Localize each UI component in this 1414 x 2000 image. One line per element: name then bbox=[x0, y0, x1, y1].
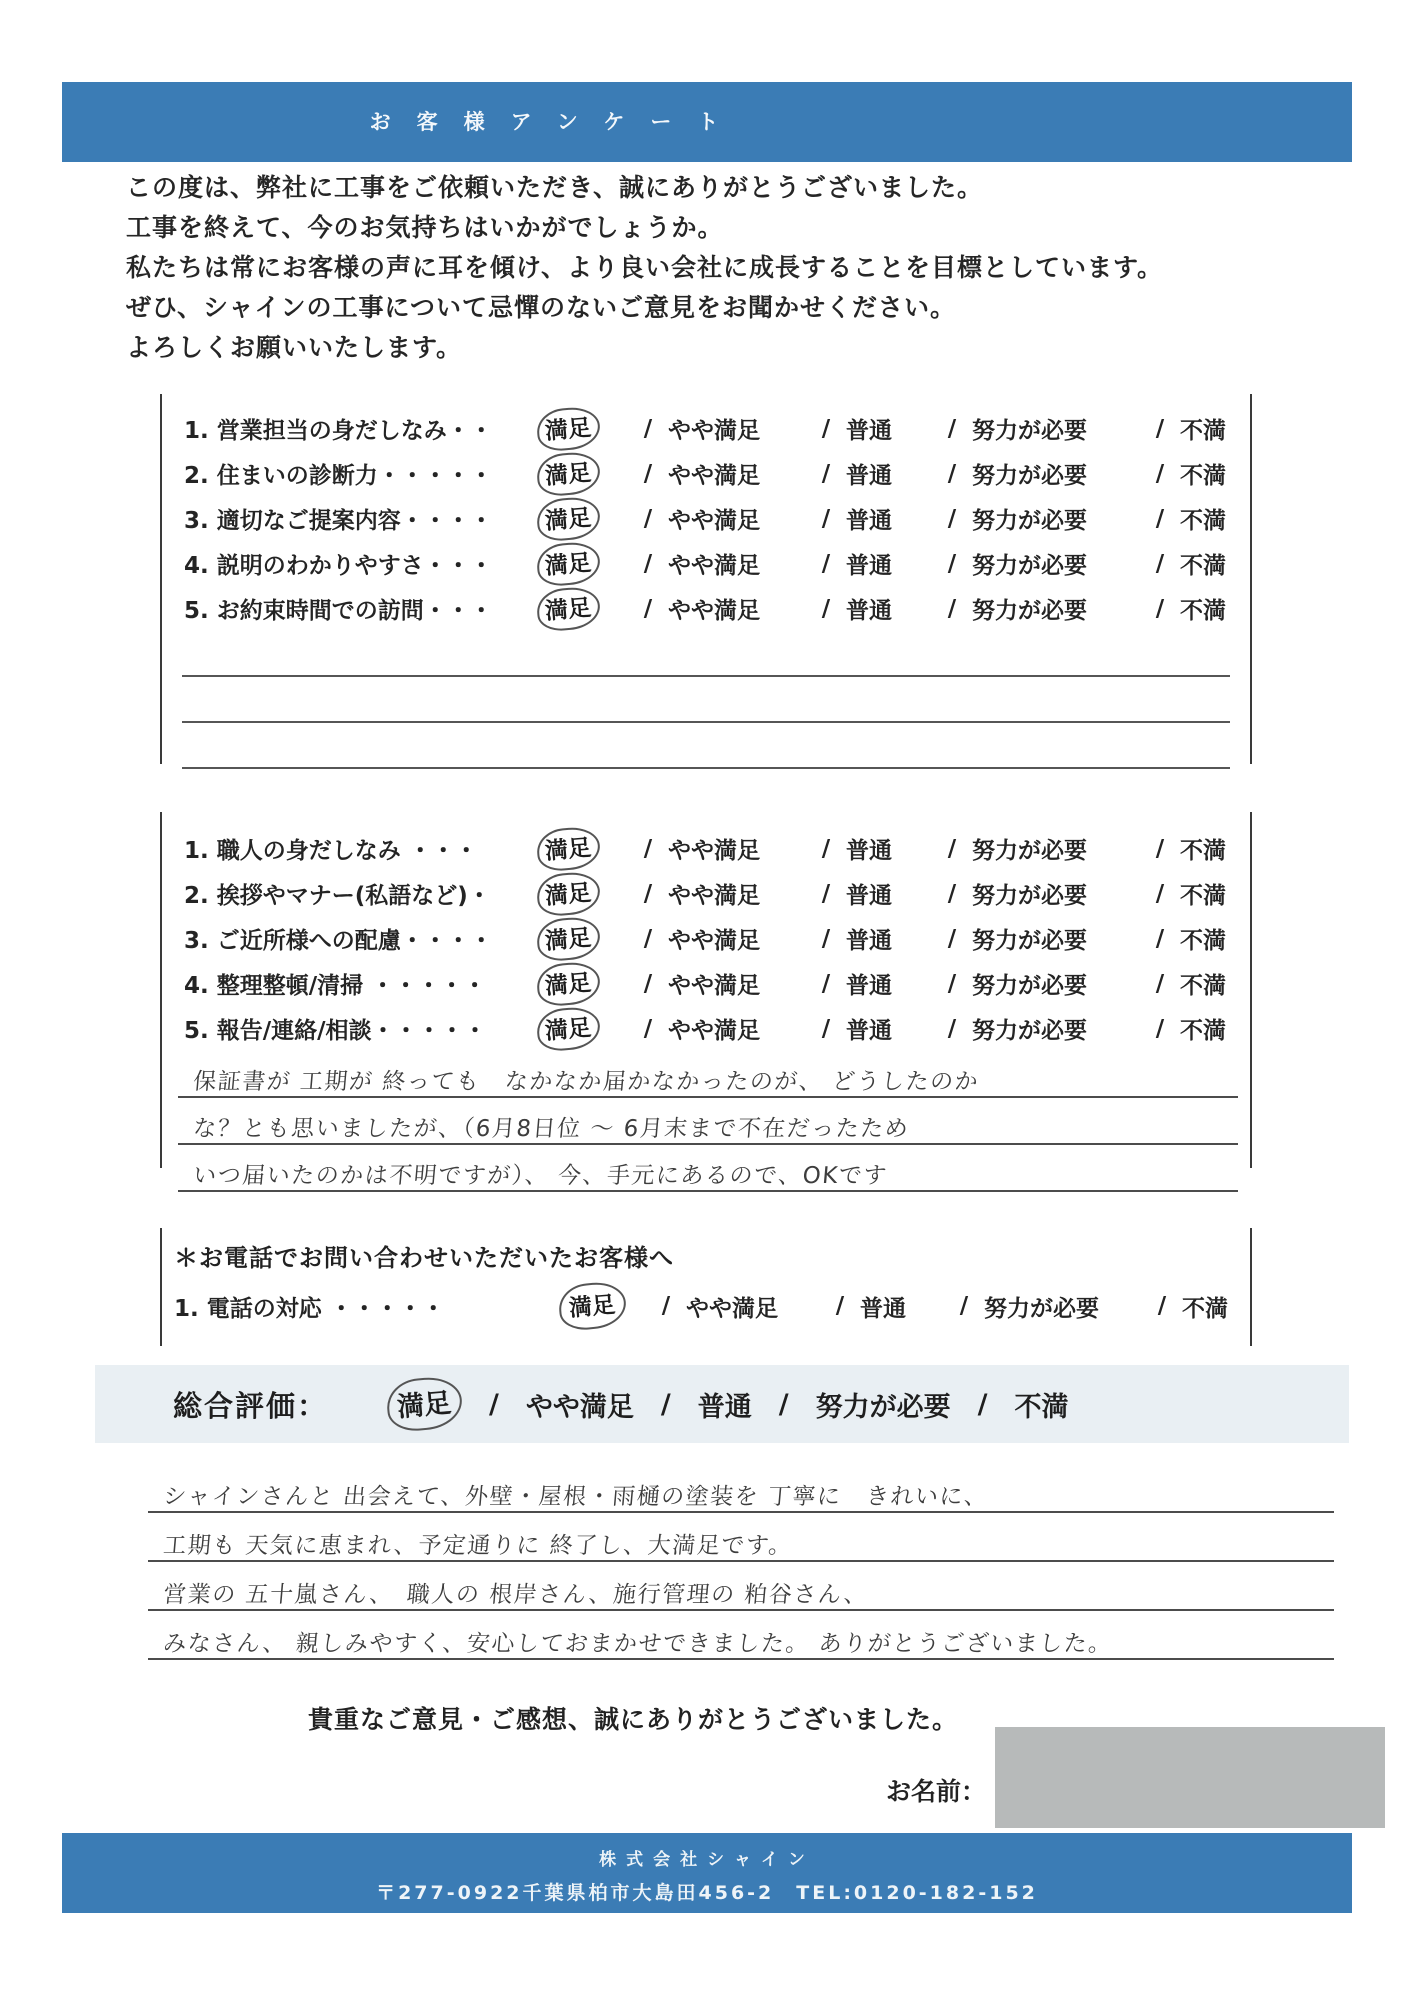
option-separator: / bbox=[932, 461, 972, 487]
option-satisfied: 満足 bbox=[566, 1283, 646, 1329]
option-dissatisfied: 不満 bbox=[1180, 877, 1242, 910]
comment-line-blank bbox=[182, 631, 1230, 677]
option-separator: / bbox=[628, 551, 668, 577]
question-row: 1. 電話の対応 ・・・・・ 満足 / やや満足 / 普通 / 努力が必要 / … bbox=[174, 1281, 1250, 1331]
option-effort-needed: 努力が必要 bbox=[972, 412, 1140, 445]
handwritten-comment-line: な？とも思いましたが、（6月8日位 〜 6月末まで不在だったため bbox=[178, 1098, 1238, 1145]
satisfaction-circle: 満足 bbox=[535, 585, 601, 632]
option-separator: / bbox=[806, 551, 846, 577]
option-effort-needed: 努力が必要 bbox=[984, 1290, 1142, 1323]
option-satisfied: 満足 bbox=[544, 453, 628, 495]
option-normal: 普通 bbox=[846, 967, 932, 1000]
name-label: お名前： bbox=[886, 1772, 986, 1808]
question-row: 2. 挨拶やマナー(私語など)・ 満足 / やや満足 / 普通 / 努力が必要 … bbox=[184, 871, 1250, 916]
option-separator: / bbox=[628, 461, 668, 487]
option-effort-needed: 努力が必要 bbox=[972, 1012, 1140, 1045]
satisfaction-circle: 満足 bbox=[535, 405, 601, 452]
option-slightly-satisfied: やや満足 bbox=[668, 412, 806, 445]
satisfaction-circle: 満足 bbox=[535, 915, 601, 962]
intro-text: この度は、弊社に工事をご依頼いただき、誠にありがとうございました。 工事を終えて… bbox=[126, 168, 1163, 368]
overall-comment-line: みなさん、 親しみやすく、安心しておまかせできました。 ありがとうございました。 bbox=[148, 1611, 1334, 1660]
option-effort-needed: 努力が必要 bbox=[816, 1385, 951, 1424]
option-slightly-satisfied: やや満足 bbox=[668, 592, 806, 625]
handwritten-comment-line: いつ届いたのかは不明ですが）、 今、手元にあるので、OKです bbox=[178, 1145, 1238, 1192]
option-effort-needed: 努力が必要 bbox=[972, 457, 1140, 490]
option-effort-needed: 努力が必要 bbox=[972, 547, 1140, 580]
option-separator: / bbox=[932, 881, 972, 907]
option-separator: / bbox=[932, 836, 972, 862]
footer-address: 〒277-0922千葉県柏市大島田456-2 TEL:0120-182-152 bbox=[62, 1878, 1352, 1905]
question-row: 3. ご近所様への配慮・・・・ 満足 / やや満足 / 普通 / 努力が必要 /… bbox=[184, 916, 1250, 961]
option-normal: 普通 bbox=[846, 592, 932, 625]
question-label: 1. 電話の対応 ・・・・・ bbox=[174, 1290, 566, 1323]
option-separator: / bbox=[1140, 881, 1180, 907]
question-row: 5. 報告/連絡/相談・・・・・ 満足 / やや満足 / 普通 / 努力が必要 … bbox=[184, 1006, 1250, 1051]
option-slightly-satisfied: やや満足 bbox=[668, 457, 806, 490]
rating-block-phone: ＊お電話でお問い合わせいただいたお客様へ 1. 電話の対応 ・・・・・ 満足 /… bbox=[160, 1228, 1252, 1346]
intro-line: この度は、弊社に工事をご依頼いただき、誠にありがとうございました。 bbox=[126, 168, 1163, 208]
option-separator: / bbox=[1140, 416, 1180, 442]
option-separator: / bbox=[1140, 971, 1180, 997]
option-separator: / bbox=[628, 926, 668, 952]
question-row: 2. 住まいの診断力・・・・・ 満足 / やや満足 / 普通 / 努力が必要 /… bbox=[184, 451, 1250, 496]
question-row: 1. 職人の身だしなみ ・・・ 満足 / やや満足 / 普通 / 努力が必要 /… bbox=[184, 826, 1250, 871]
satisfaction-circle: 満足 bbox=[535, 825, 601, 872]
option-dissatisfied: 不満 bbox=[1180, 547, 1242, 580]
option-normal: 普通 bbox=[846, 922, 932, 955]
question-row: 3. 適切なご提案内容・・・・ 満足 / やや満足 / 普通 / 努力が必要 /… bbox=[184, 496, 1250, 541]
option-separator: / bbox=[1140, 506, 1180, 532]
option-dissatisfied: 不満 bbox=[1180, 592, 1242, 625]
satisfaction-circle: 満足 bbox=[535, 1005, 601, 1052]
option-dissatisfied: 不満 bbox=[1015, 1385, 1069, 1424]
option-separator: / bbox=[1140, 551, 1180, 577]
option-effort-needed: 努力が必要 bbox=[972, 832, 1140, 865]
option-separator: / bbox=[806, 461, 846, 487]
option-separator: / bbox=[628, 971, 668, 997]
satisfaction-circle: 満足 bbox=[557, 1280, 628, 1332]
option-separator: / bbox=[820, 1293, 860, 1319]
option-separator: / bbox=[806, 506, 846, 532]
question-label: 2. 挨拶やマナー(私語など)・ bbox=[184, 877, 544, 910]
option-satisfied: 満足 bbox=[544, 543, 628, 585]
option-dissatisfied: 不満 bbox=[1180, 967, 1242, 1000]
option-slightly-satisfied: やや満足 bbox=[668, 547, 806, 580]
overall-comments: シャインさんと 出会えて、外壁・屋根・雨樋の塗装を 丁寧に きれいに、 工期も … bbox=[148, 1464, 1334, 1660]
footer-bar: 株式会社シャイン 〒277-0922千葉県柏市大島田456-2 TEL:0120… bbox=[62, 1833, 1352, 1913]
option-separator: / bbox=[1140, 1016, 1180, 1042]
option-slightly-satisfied: やや満足 bbox=[526, 1385, 634, 1424]
option-separator: / bbox=[1140, 596, 1180, 622]
option-dissatisfied: 不満 bbox=[1180, 412, 1242, 445]
option-normal: 普通 bbox=[860, 1290, 944, 1323]
intro-line: ぜひ、シャインの工事について忌憚のないご意見をお聞かせください。 bbox=[126, 288, 1163, 328]
option-satisfied: 満足 bbox=[544, 963, 628, 1005]
question-label: 1. 営業担当の身だしなみ・・ bbox=[184, 412, 544, 445]
option-separator: / bbox=[779, 1389, 789, 1420]
option-separator: / bbox=[628, 881, 668, 907]
option-separator: / bbox=[806, 836, 846, 862]
overall-rating-band: 総合評価： 満足 / やや満足 / 普通 / 努力が必要 / 不満 bbox=[95, 1365, 1349, 1443]
footer-company: 株式会社シャイン bbox=[62, 1845, 1352, 1870]
option-normal: 普通 bbox=[846, 547, 932, 580]
option-effort-needed: 努力が必要 bbox=[972, 877, 1140, 910]
question-row: 1. 営業担当の身だしなみ・・ 満足 / やや満足 / 普通 / 努力が必要 /… bbox=[184, 406, 1250, 451]
option-separator: / bbox=[661, 1389, 671, 1420]
comment-line-blank bbox=[182, 723, 1230, 769]
overall-rating-label: 総合評価： bbox=[173, 1384, 328, 1425]
option-separator: / bbox=[628, 596, 668, 622]
redacted-name-box bbox=[995, 1727, 1385, 1828]
option-separator: / bbox=[628, 836, 668, 862]
header-bar: お客様アンケート bbox=[62, 82, 1352, 162]
option-dissatisfied: 不満 bbox=[1180, 922, 1242, 955]
option-satisfied: 満足 bbox=[544, 1008, 628, 1050]
question-label: 2. 住まいの診断力・・・・・ bbox=[184, 457, 544, 490]
option-separator: / bbox=[1140, 926, 1180, 952]
intro-line: 工事を終えて、今のお気持ちはいかがでしょうか。 bbox=[126, 208, 1163, 248]
option-effort-needed: 努力が必要 bbox=[972, 592, 1140, 625]
option-separator: / bbox=[932, 1016, 972, 1042]
option-effort-needed: 努力が必要 bbox=[972, 502, 1140, 535]
option-satisfied: 満足 bbox=[544, 873, 628, 915]
option-satisfied: 満足 bbox=[394, 1378, 462, 1430]
question-label: 4. 整理整頓/清掃 ・・・・・ bbox=[184, 967, 544, 1000]
option-separator: / bbox=[489, 1389, 499, 1420]
question-row: 4. 説明のわかりやすさ・・・ 満足 / やや満足 / 普通 / 努力が必要 /… bbox=[184, 541, 1250, 586]
satisfaction-circle: 満足 bbox=[535, 540, 601, 587]
question-label: 5. 報告/連絡/相談・・・・・ bbox=[184, 1012, 544, 1045]
option-slightly-satisfied: やや満足 bbox=[668, 1012, 806, 1045]
option-normal: 普通 bbox=[846, 412, 932, 445]
question-row: 5. お約束時間での訪問・・・ 満足 / やや満足 / 普通 / 努力が必要 /… bbox=[184, 586, 1250, 631]
option-satisfied: 満足 bbox=[544, 828, 628, 870]
option-separator: / bbox=[932, 551, 972, 577]
satisfaction-circle: 満足 bbox=[535, 960, 601, 1007]
option-separator: / bbox=[628, 416, 668, 442]
option-dissatisfied: 不満 bbox=[1182, 1290, 1242, 1323]
overall-comment-line: シャインさんと 出会えて、外壁・屋根・雨樋の塗装を 丁寧に きれいに、 bbox=[148, 1464, 1334, 1513]
option-separator: / bbox=[806, 1016, 846, 1042]
option-effort-needed: 努力が必要 bbox=[972, 922, 1140, 955]
phone-inquiry-note: ＊お電話でお問い合わせいただいたお客様へ bbox=[174, 1238, 1250, 1273]
question-label: 3. ご近所様への配慮・・・・ bbox=[184, 922, 544, 955]
satisfaction-circle: 満足 bbox=[535, 450, 601, 497]
question-label: 3. 適切なご提案内容・・・・ bbox=[184, 502, 544, 535]
option-separator: / bbox=[628, 506, 668, 532]
option-separator: / bbox=[1140, 461, 1180, 487]
option-separator: / bbox=[932, 416, 972, 442]
intro-line: 私たちは常にお客様の声に耳を傾け、より良い会社に成長することを目標としています。 bbox=[126, 248, 1163, 288]
option-dissatisfied: 不満 bbox=[1180, 832, 1242, 865]
option-satisfied: 満足 bbox=[544, 498, 628, 540]
option-normal: 普通 bbox=[846, 1012, 932, 1045]
option-slightly-satisfied: やや満足 bbox=[686, 1290, 820, 1323]
option-separator: / bbox=[932, 506, 972, 532]
question-label: 4. 説明のわかりやすさ・・・ bbox=[184, 547, 544, 580]
option-separator: / bbox=[932, 971, 972, 997]
option-separator: / bbox=[932, 596, 972, 622]
option-separator: / bbox=[806, 881, 846, 907]
overall-comment-line: 営業の 五十嵐さん、 職人の 根岸さん、施行管理の 粕谷さん、 bbox=[148, 1562, 1334, 1611]
option-separator: / bbox=[628, 1016, 668, 1042]
option-slightly-satisfied: やや満足 bbox=[668, 502, 806, 535]
option-slightly-satisfied: やや満足 bbox=[668, 967, 806, 1000]
option-separator: / bbox=[646, 1293, 686, 1319]
option-separator: / bbox=[806, 416, 846, 442]
option-normal: 普通 bbox=[846, 502, 932, 535]
handwritten-comment-line: 保証書が 工期が 終っても なかなか届かなかったのが、 どうしたのか bbox=[178, 1051, 1238, 1098]
option-normal: 普通 bbox=[846, 457, 932, 490]
satisfaction-circle: 満足 bbox=[535, 495, 601, 542]
overall-comment-line: 工期も 天気に恵まれ、予定通りに 終了し、大満足です。 bbox=[148, 1513, 1334, 1562]
question-row: 4. 整理整頓/清掃 ・・・・・ 満足 / やや満足 / 普通 / 努力が必要 … bbox=[184, 961, 1250, 1006]
rating-block-sales: 1. 営業担当の身だしなみ・・ 満足 / やや満足 / 普通 / 努力が必要 /… bbox=[160, 394, 1252, 764]
option-dissatisfied: 不満 bbox=[1180, 1012, 1242, 1045]
closing-thanks-text: 貴重なご意見・ご感想、誠にありがとうございました。 bbox=[308, 1700, 958, 1736]
option-separator: / bbox=[1142, 1293, 1182, 1319]
intro-line: よろしくお願いいたします。 bbox=[126, 328, 1163, 368]
option-separator: / bbox=[1140, 836, 1180, 862]
option-slightly-satisfied: やや満足 bbox=[668, 877, 806, 910]
question-label: 5. お約束時間での訪問・・・ bbox=[184, 592, 544, 625]
survey-title: お客様アンケート bbox=[62, 82, 1352, 162]
option-effort-needed: 努力が必要 bbox=[972, 967, 1140, 1000]
question-label: 1. 職人の身だしなみ ・・・ bbox=[184, 832, 544, 865]
option-normal: 普通 bbox=[846, 877, 932, 910]
option-separator: / bbox=[806, 596, 846, 622]
option-separator: / bbox=[806, 971, 846, 997]
option-separator: / bbox=[932, 926, 972, 952]
option-normal: 普通 bbox=[846, 832, 932, 865]
option-slightly-satisfied: やや満足 bbox=[668, 922, 806, 955]
option-dissatisfied: 不満 bbox=[1180, 457, 1242, 490]
option-satisfied: 満足 bbox=[544, 408, 628, 450]
satisfaction-circle: 満足 bbox=[385, 1375, 464, 1433]
option-separator: / bbox=[944, 1293, 984, 1319]
option-dissatisfied: 不満 bbox=[1180, 502, 1242, 535]
comment-line-blank bbox=[182, 677, 1230, 723]
option-separator: / bbox=[806, 926, 846, 952]
option-satisfied: 満足 bbox=[544, 918, 628, 960]
option-satisfied: 満足 bbox=[544, 588, 628, 630]
option-separator: / bbox=[978, 1389, 988, 1420]
rating-block-craftsmen: 1. 職人の身だしなみ ・・・ 満足 / やや満足 / 普通 / 努力が必要 /… bbox=[160, 812, 1252, 1168]
satisfaction-circle: 満足 bbox=[535, 870, 601, 917]
option-slightly-satisfied: やや満足 bbox=[668, 832, 806, 865]
option-normal: 普通 bbox=[698, 1385, 752, 1424]
